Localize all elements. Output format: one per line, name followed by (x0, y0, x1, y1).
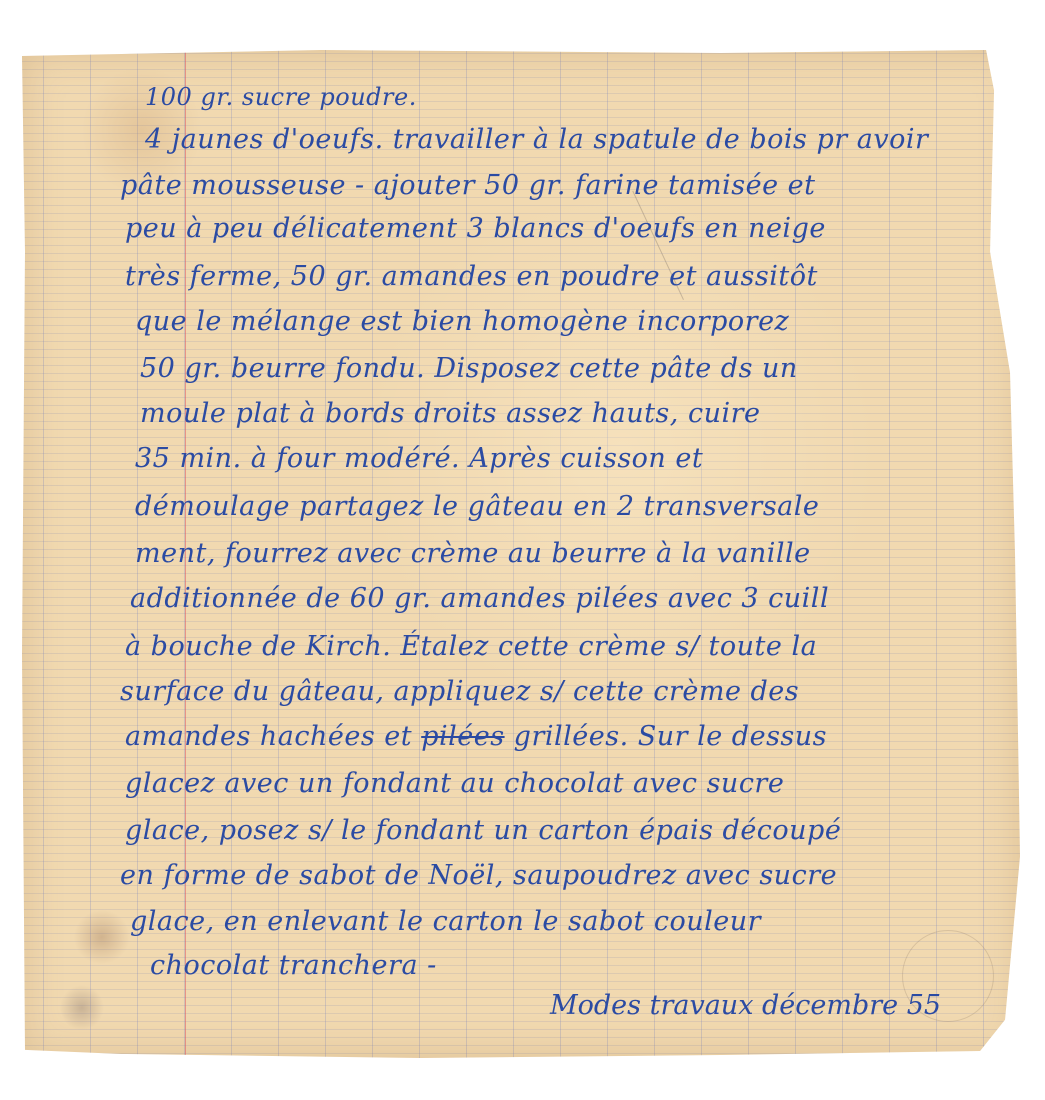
recipe-line: chocolat tranchera - (150, 952, 437, 979)
recipe-line: 50 gr. beurre fondu. Disposez cette pâte… (140, 355, 798, 382)
recipe-line: peu à peu délicatement 3 blancs d'oeufs … (125, 215, 826, 242)
recipe-line: démoulage partagez le gâteau en 2 transv… (135, 493, 819, 520)
recipe-line: surface du gâteau, appliquez s/ cette cr… (120, 678, 799, 705)
recipe-line: très ferme, 50 gr. amandes en poudre et … (125, 263, 818, 290)
recipe-line: amandes hachées et pilées grillées. Sur … (125, 723, 827, 750)
recipe-line: glace, en enlevant le carton le sabot co… (130, 908, 761, 935)
recipe-line-part: grillées. Sur le dessus (505, 721, 827, 752)
recipe-line: à bouche de Kirch. Étalez cette crème s/… (125, 633, 817, 660)
recipe-line: en forme de sabot de Noël, saupoudrez av… (120, 862, 837, 889)
recipe-line-part: amandes hachées et (125, 721, 421, 752)
signature-date: Modes travaux décembre 55 (550, 990, 941, 1021)
recipe-line: 100 gr. sucre poudre. (145, 85, 417, 109)
crossed-out-word: pilées (421, 721, 504, 752)
recipe-line: 4 jaunes d'oeufs. travailler à la spatul… (145, 126, 928, 153)
recipe-line: que le mélange est bien homogène incorpo… (135, 308, 789, 335)
recipe-line: 35 min. à four modéré. Après cuisson et (135, 445, 703, 472)
recipe-line: glacez avec un fondant au chocolat avec … (125, 770, 784, 797)
recipe-line: moule plat à bords droits assez hauts, c… (140, 400, 760, 427)
recipe-line: additionnée de 60 gr. amandes pilées ave… (130, 585, 829, 612)
recipe-line: glace, posez s/ le fondant un carton épa… (125, 817, 841, 844)
recipe-line: pâte mousseuse - ajouter 50 gr. farine t… (120, 172, 816, 199)
recipe-line: ment, fourrez avec crème au beurre à la … (135, 540, 811, 567)
